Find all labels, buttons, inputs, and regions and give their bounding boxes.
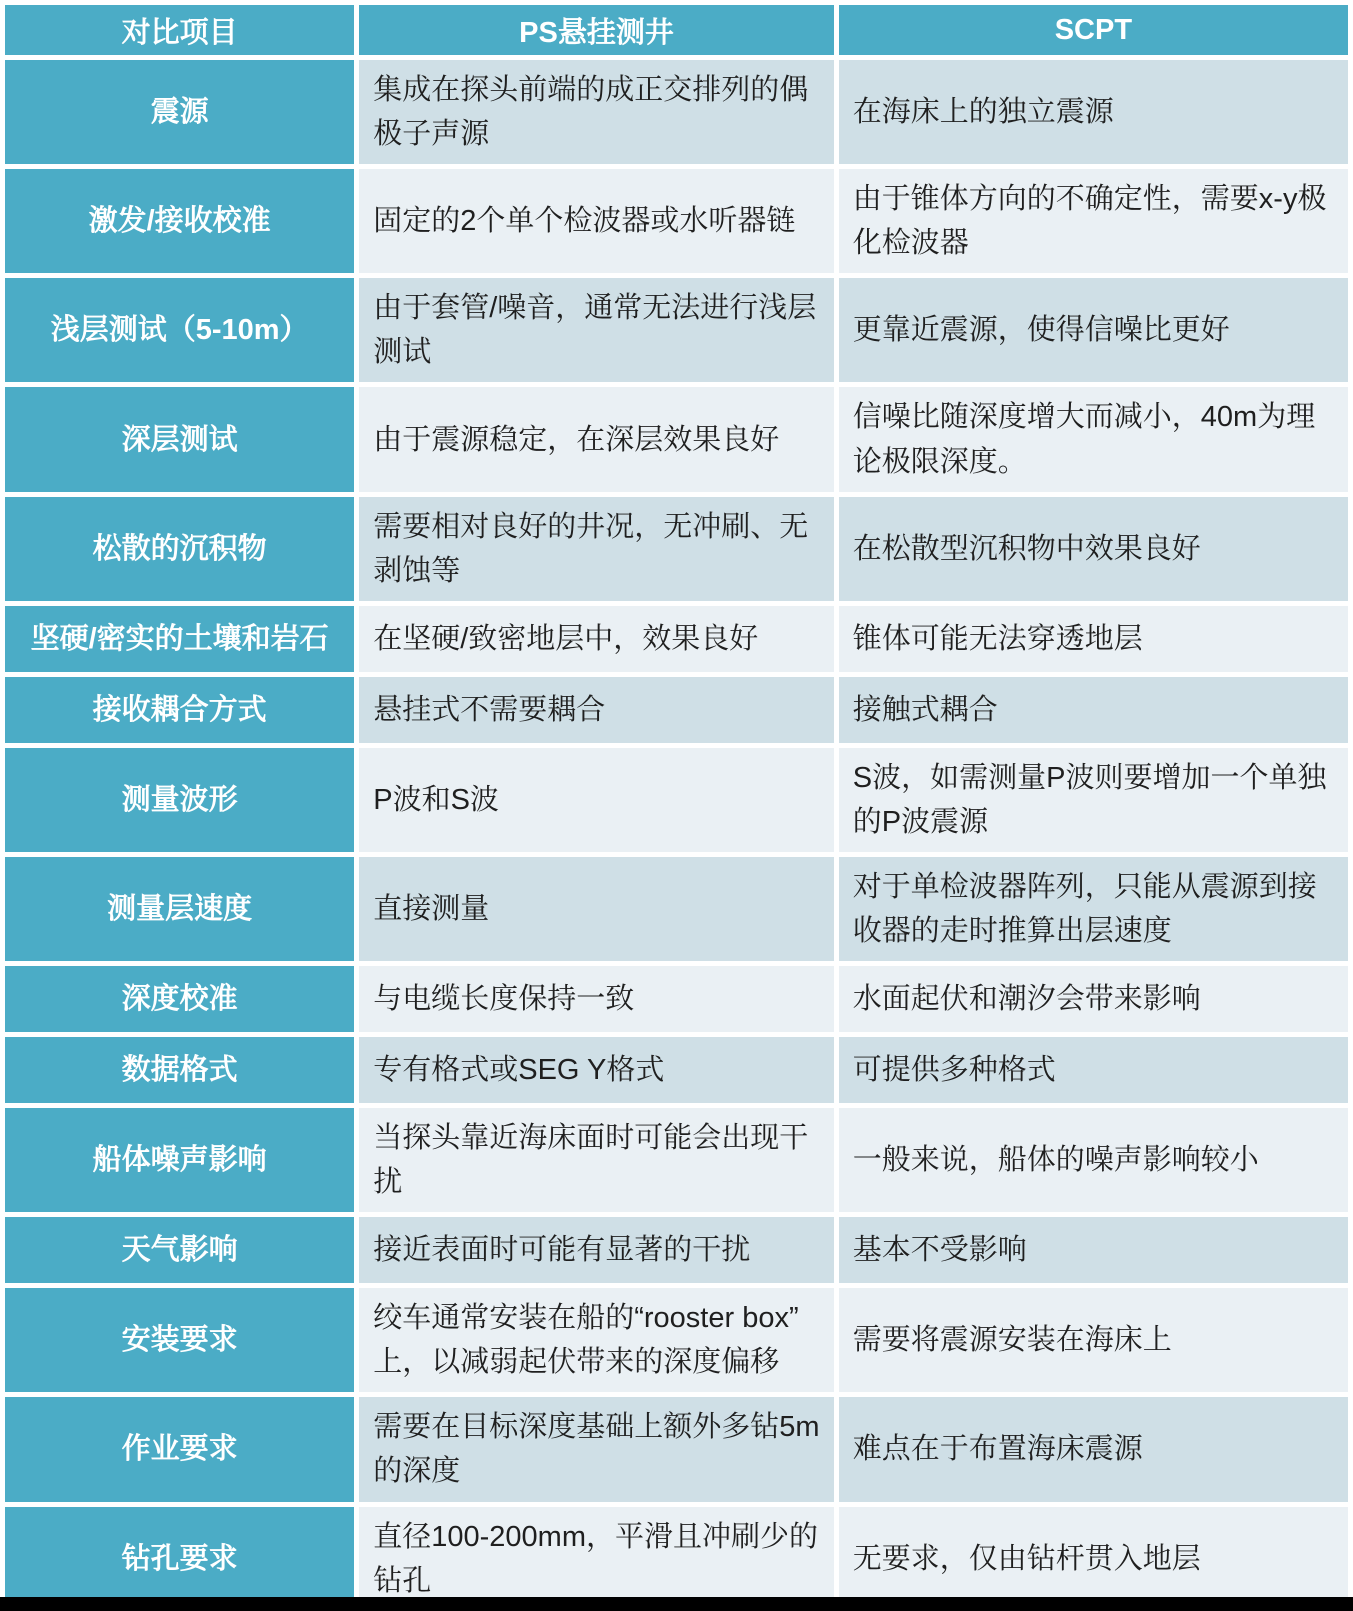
slide-page: 对比项目 PS悬挂测井 SCPT 震源 集成在探头前端的成正交排列的偶极子声源 … — [0, 0, 1353, 1611]
ps-cell: 直径100-200mm，平滑且冲刷少的钻孔 — [359, 1507, 834, 1611]
item-cell: 松散的沉积物 — [5, 497, 354, 601]
item-cell: 坚硬/密实的土壤和岩石 — [5, 606, 354, 672]
table-row: 震源 集成在探头前端的成正交排列的偶极子声源 在海床上的独立震源 — [5, 60, 1348, 164]
table-row: 测量层速度 直接测量 对于单检波器阵列，只能从震源到接收器的走时推算出层速度 — [5, 857, 1348, 961]
ps-cell: 需要相对良好的井况，无冲刷、无剥蚀等 — [359, 497, 834, 601]
bottom-black-bar — [0, 1597, 1353, 1611]
ps-cell: 专有格式或SEG Y格式 — [359, 1037, 834, 1103]
table-row: 作业要求 需要在目标深度基础上额外多钻5m的深度 难点在于布置海床震源 — [5, 1397, 1348, 1501]
table-row: 深层测试 由于震源稳定，在深层效果良好 信噪比随深度增大而减小，40m为理论极限… — [5, 387, 1348, 491]
scpt-cell: 需要将震源安装在海床上 — [839, 1288, 1348, 1392]
item-cell: 钻孔要求 — [5, 1507, 354, 1611]
column-header-ps: PS悬挂测井 — [359, 5, 834, 55]
scpt-cell: 基本不受影响 — [839, 1217, 1348, 1283]
ps-cell: 需要在目标深度基础上额外多钻5m的深度 — [359, 1397, 834, 1501]
table-row: 接收耦合方式 悬挂式不需要耦合 接触式耦合 — [5, 677, 1348, 743]
ps-cell: 悬挂式不需要耦合 — [359, 677, 834, 743]
scpt-cell: S波，如需测量P波则要增加一个单独的P波震源 — [839, 748, 1348, 852]
item-cell: 深度校准 — [5, 966, 354, 1032]
header-row: 对比项目 PS悬挂测井 SCPT — [5, 5, 1348, 55]
ps-cell: 由于震源稳定，在深层效果良好 — [359, 387, 834, 491]
item-cell: 深层测试 — [5, 387, 354, 491]
ps-cell: 与电缆长度保持一致 — [359, 966, 834, 1032]
table-row: 安装要求 绞车通常安装在船的“rooster box”上，以减弱起伏带来的深度偏… — [5, 1288, 1348, 1392]
scpt-cell: 一般来说，船体的噪声影响较小 — [839, 1108, 1348, 1212]
table-body: 震源 集成在探头前端的成正交排列的偶极子声源 在海床上的独立震源 激发/接收校准… — [5, 60, 1348, 1611]
comparison-table: 对比项目 PS悬挂测井 SCPT 震源 集成在探头前端的成正交排列的偶极子声源 … — [0, 0, 1353, 1611]
item-cell: 激发/接收校准 — [5, 169, 354, 273]
scpt-cell: 更靠近震源，使得信噪比更好 — [839, 278, 1348, 382]
ps-cell: P波和S波 — [359, 748, 834, 852]
scpt-cell: 可提供多种格式 — [839, 1037, 1348, 1103]
scpt-cell: 由于锥体方向的不确定性，需要x-y极化检波器 — [839, 169, 1348, 273]
scpt-cell: 在海床上的独立震源 — [839, 60, 1348, 164]
scpt-cell: 水面起伏和潮汐会带来影响 — [839, 966, 1348, 1032]
scpt-cell: 无要求，仅由钻杆贯入地层 — [839, 1507, 1348, 1611]
table-header: 对比项目 PS悬挂测井 SCPT — [5, 5, 1348, 55]
scpt-cell: 难点在于布置海床震源 — [839, 1397, 1348, 1501]
scpt-cell: 在松散型沉积物中效果良好 — [839, 497, 1348, 601]
scpt-cell: 信噪比随深度增大而减小，40m为理论极限深度。 — [839, 387, 1348, 491]
item-cell: 接收耦合方式 — [5, 677, 354, 743]
item-cell: 天气影响 — [5, 1217, 354, 1283]
scpt-cell: 锥体可能无法穿透地层 — [839, 606, 1348, 672]
table-row: 测量波形 P波和S波 S波，如需测量P波则要增加一个单独的P波震源 — [5, 748, 1348, 852]
item-cell: 作业要求 — [5, 1397, 354, 1501]
ps-cell: 接近表面时可能有显著的干扰 — [359, 1217, 834, 1283]
table-row: 激发/接收校准 固定的2个单个检波器或水听器链 由于锥体方向的不确定性，需要x-… — [5, 169, 1348, 273]
table-row: 浅层测试（5-10m） 由于套管/噪音，通常无法进行浅层测试 更靠近震源，使得信… — [5, 278, 1348, 382]
table-row: 坚硬/密实的土壤和岩石 在坚硬/致密地层中，效果良好 锥体可能无法穿透地层 — [5, 606, 1348, 672]
column-header-item: 对比项目 — [5, 5, 354, 55]
item-cell: 安装要求 — [5, 1288, 354, 1392]
column-header-scpt: SCPT — [839, 5, 1348, 55]
item-cell: 测量波形 — [5, 748, 354, 852]
table-row: 深度校准 与电缆长度保持一致 水面起伏和潮汐会带来影响 — [5, 966, 1348, 1032]
table-row: 松散的沉积物 需要相对良好的井况，无冲刷、无剥蚀等 在松散型沉积物中效果良好 — [5, 497, 1348, 601]
scpt-cell: 对于单检波器阵列，只能从震源到接收器的走时推算出层速度 — [839, 857, 1348, 961]
item-cell: 浅层测试（5-10m） — [5, 278, 354, 382]
ps-cell: 在坚硬/致密地层中，效果良好 — [359, 606, 834, 672]
table-row: 钻孔要求 直径100-200mm，平滑且冲刷少的钻孔 无要求，仅由钻杆贯入地层 — [5, 1507, 1348, 1611]
item-cell: 震源 — [5, 60, 354, 164]
item-cell: 数据格式 — [5, 1037, 354, 1103]
ps-cell: 直接测量 — [359, 857, 834, 961]
table-row: 数据格式 专有格式或SEG Y格式 可提供多种格式 — [5, 1037, 1348, 1103]
ps-cell: 固定的2个单个检波器或水听器链 — [359, 169, 834, 273]
ps-cell: 当探头靠近海床面时可能会出现干扰 — [359, 1108, 834, 1212]
ps-cell: 集成在探头前端的成正交排列的偶极子声源 — [359, 60, 834, 164]
table-row: 天气影响 接近表面时可能有显著的干扰 基本不受影响 — [5, 1217, 1348, 1283]
scpt-cell: 接触式耦合 — [839, 677, 1348, 743]
ps-cell: 由于套管/噪音，通常无法进行浅层测试 — [359, 278, 834, 382]
ps-cell: 绞车通常安装在船的“rooster box”上，以减弱起伏带来的深度偏移 — [359, 1288, 834, 1392]
table-row: 船体噪声影响 当探头靠近海床面时可能会出现干扰 一般来说，船体的噪声影响较小 — [5, 1108, 1348, 1212]
item-cell: 测量层速度 — [5, 857, 354, 961]
item-cell: 船体噪声影响 — [5, 1108, 354, 1212]
